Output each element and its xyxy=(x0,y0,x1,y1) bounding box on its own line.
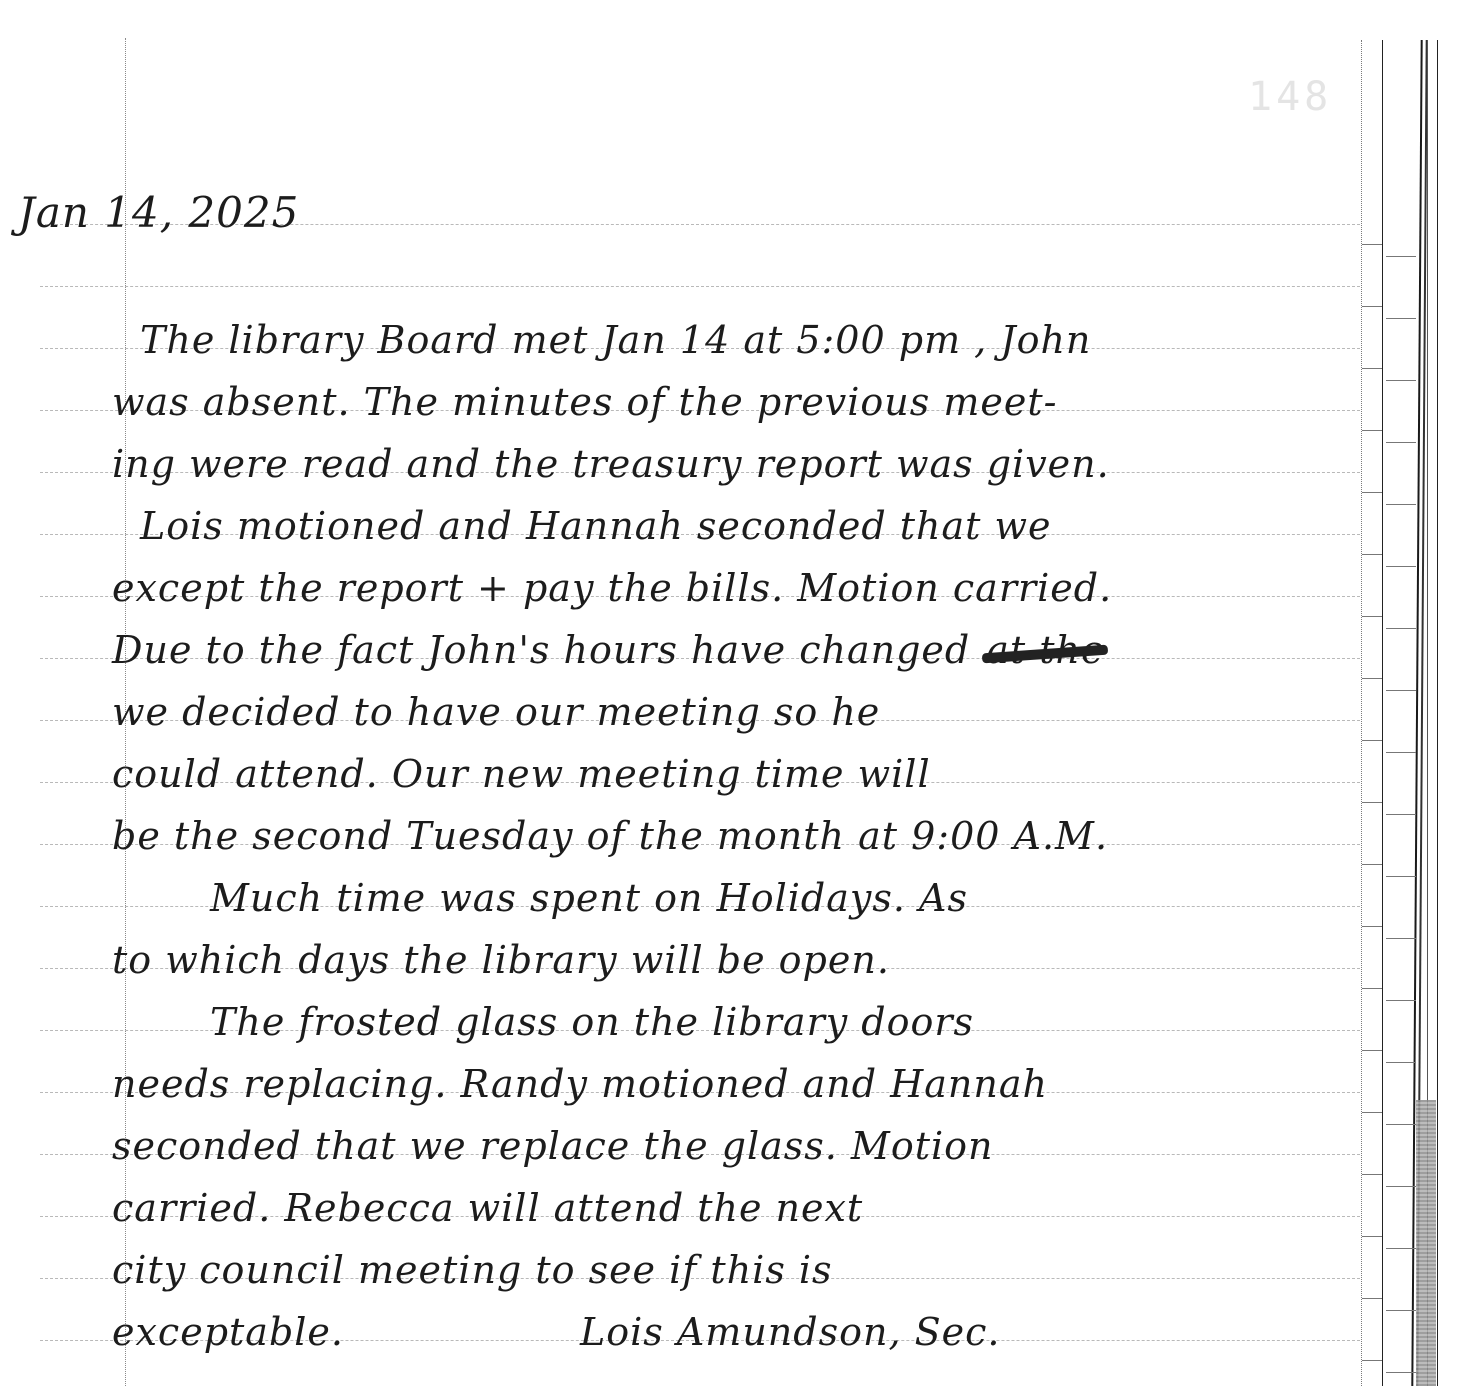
binding-tick xyxy=(1386,442,1416,443)
binding-tick xyxy=(1362,616,1382,617)
binding-tick xyxy=(1362,864,1382,865)
minutes-line-text: to which days the library will be open. xyxy=(112,938,890,982)
minutes-line: could attend. Our new meeting time will xyxy=(112,752,931,796)
minutes-line: be the second Tuesday of the month at 9:… xyxy=(112,814,1108,858)
binding-tick xyxy=(1386,1372,1416,1373)
minutes-line-text: Due to the fact John's hours have change… xyxy=(112,628,970,672)
minutes-line: Much time was spent on Holidays. As xyxy=(210,876,968,920)
binding-tick xyxy=(1362,988,1382,989)
minutes-line: Due to the fact John's hours have change… xyxy=(112,628,1105,672)
minutes-line: The library Board met Jan 14 at 5:00 pm … xyxy=(140,318,1091,362)
binding-tick xyxy=(1386,876,1416,877)
binding-tick xyxy=(1362,244,1382,245)
binding-tick xyxy=(1362,1360,1382,1361)
binding-tick xyxy=(1362,678,1382,679)
minutes-line-text: was absent. The minutes of the previous … xyxy=(112,380,1057,424)
minutes-line: except the report + pay the bills. Motio… xyxy=(112,566,1112,610)
binding-tick xyxy=(1362,1050,1382,1051)
minutes-line-text: The frosted glass on the library doors xyxy=(210,1000,974,1044)
binding-tick xyxy=(1386,938,1416,939)
minutes-line: exceptable. xyxy=(112,1310,344,1354)
binding-tick xyxy=(1386,690,1416,691)
minutes-line: to which days the library will be open. xyxy=(112,938,890,982)
minutes-line-text: we decided to have our meeting so he xyxy=(112,690,880,734)
binding-tick xyxy=(1362,740,1382,741)
binding-tick xyxy=(1386,752,1416,753)
minutes-line: ing were read and the treasury report wa… xyxy=(112,442,1110,486)
binding-tick xyxy=(1362,368,1382,369)
binding-tick xyxy=(1386,256,1416,257)
binding-tick xyxy=(1386,628,1416,629)
minutes-line-text: city council meeting to see if this is xyxy=(112,1248,833,1292)
minutes-line-text: ing were read and the treasury report wa… xyxy=(112,442,1110,486)
binding-tick xyxy=(1386,1062,1416,1063)
binding-shadow xyxy=(1416,1100,1436,1386)
minutes-line-text: Much time was spent on Holidays. As xyxy=(210,876,968,920)
binding-edge xyxy=(1437,40,1438,1386)
page-number-stamp: 148 xyxy=(1248,74,1332,120)
binding-tick xyxy=(1362,802,1382,803)
minutes-line-text: The library Board met Jan 14 at 5:00 pm … xyxy=(140,318,1091,362)
binding-tick xyxy=(1362,926,1382,927)
binding-tick xyxy=(1362,1112,1382,1113)
signature: Lois Amundson, Sec. xyxy=(580,1310,1001,1354)
binding-tick xyxy=(1362,1174,1382,1175)
minutes-line-text: be the second Tuesday of the month at 9:… xyxy=(112,814,1108,858)
binding-tick xyxy=(1386,504,1416,505)
binding-edge xyxy=(1361,40,1362,1386)
minutes-line: we decided to have our meeting so he xyxy=(112,690,880,734)
minutes-line-text: could attend. Our new meeting time will xyxy=(112,752,931,796)
notebook-page: 148 Jan 14, 2025 The library Board met J… xyxy=(0,0,1468,1386)
binding-tick xyxy=(1362,1236,1382,1237)
minutes-line: carried. Rebecca will attend the next xyxy=(112,1186,863,1230)
minutes-line: Lois motioned and Hannah seconded that w… xyxy=(140,504,1052,548)
minutes-line-text: exceptable. xyxy=(112,1310,344,1354)
minutes-line: needs replacing. Randy motioned and Hann… xyxy=(112,1062,1048,1106)
minutes-line: city council meeting to see if this is xyxy=(112,1248,833,1292)
minutes-line-text: carried. Rebecca will attend the next xyxy=(112,1186,863,1230)
minutes-line-text: except the report + pay the bills. Motio… xyxy=(112,566,1112,610)
binding-tick xyxy=(1362,492,1382,493)
binding-tick xyxy=(1386,1310,1416,1311)
binding-tick xyxy=(1386,814,1416,815)
ruled-line xyxy=(40,286,1360,287)
minutes-line: The frosted glass on the library doors xyxy=(210,1000,974,1044)
minutes-line-text: needs replacing. Randy motioned and Hann… xyxy=(112,1062,1048,1106)
struck-out-word: at the xyxy=(986,628,1104,672)
binding-tick xyxy=(1362,1298,1382,1299)
binding-edge xyxy=(1382,40,1383,1386)
binding-tick xyxy=(1386,1248,1416,1249)
minutes-line: was absent. The minutes of the previous … xyxy=(112,380,1057,424)
minutes-line-text: seconded that we replace the glass. Moti… xyxy=(112,1124,994,1168)
date-heading: Jan 14, 2025 xyxy=(18,188,299,237)
minutes-line: seconded that we replace the glass. Moti… xyxy=(112,1124,994,1168)
binding-tick xyxy=(1386,380,1416,381)
binding-tick xyxy=(1386,1124,1416,1125)
binding-tick xyxy=(1386,566,1416,567)
binding-tick xyxy=(1362,430,1382,431)
binding-tick xyxy=(1386,1186,1416,1187)
binding-tick xyxy=(1386,318,1416,319)
binding-tick xyxy=(1362,306,1382,307)
minutes-line-text: Lois motioned and Hannah seconded that w… xyxy=(140,504,1052,548)
binding-tick xyxy=(1362,554,1382,555)
binding-tick xyxy=(1386,1000,1416,1001)
